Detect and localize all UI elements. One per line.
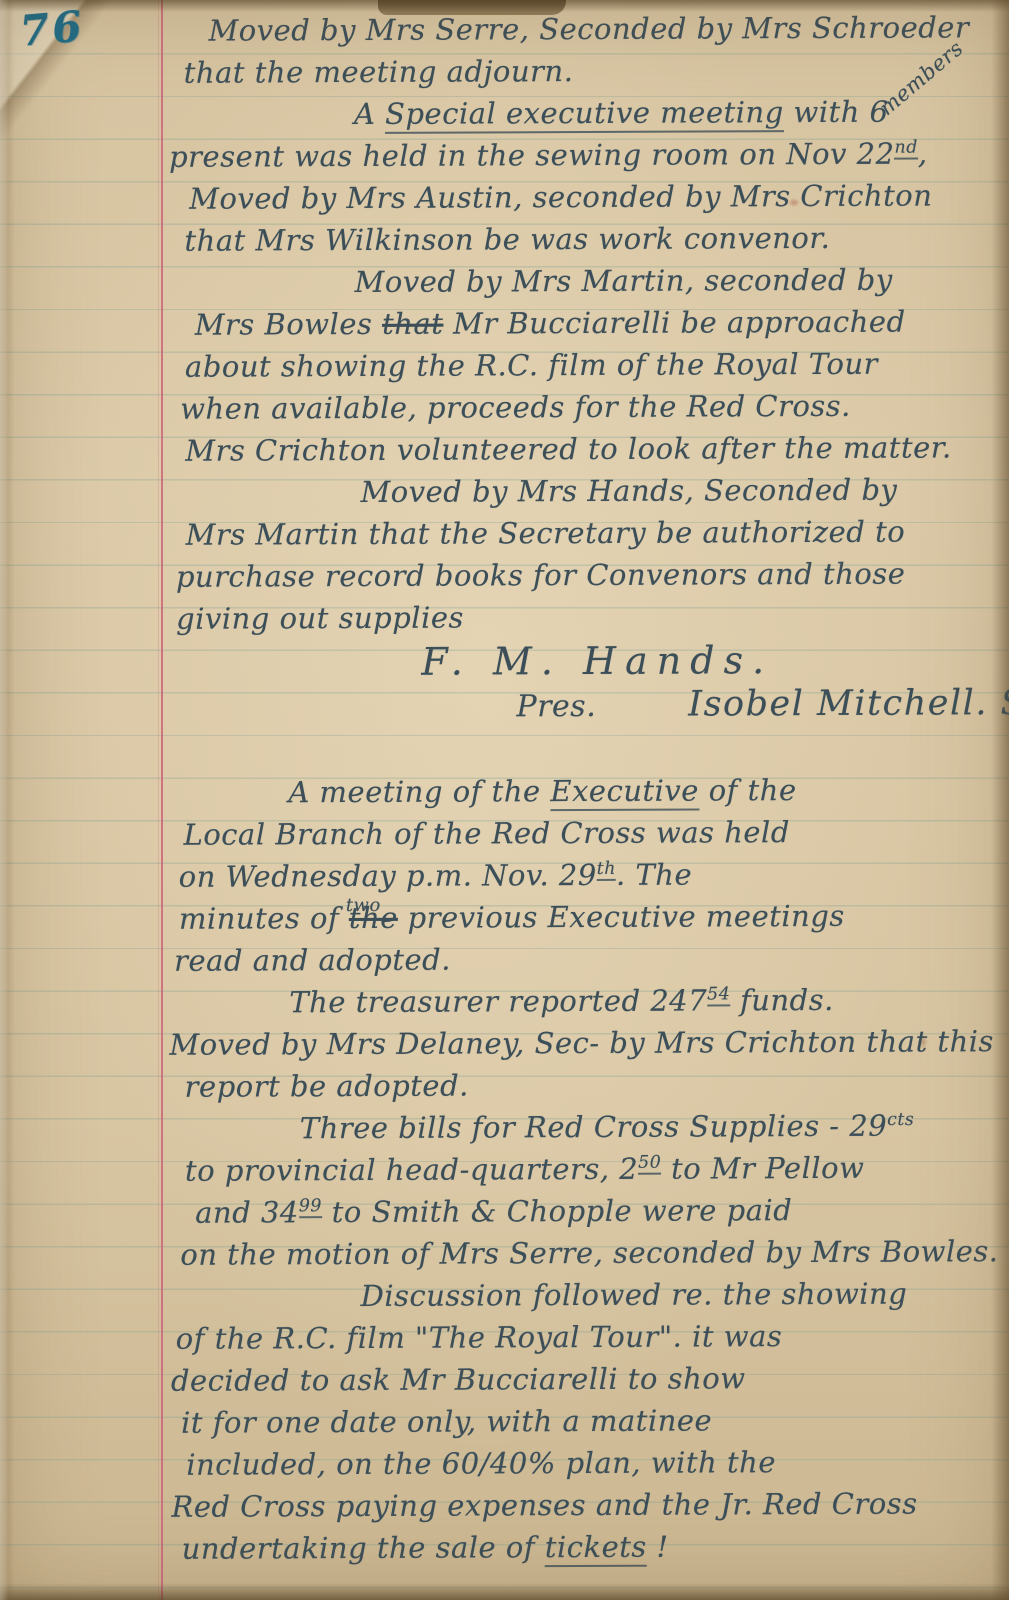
manuscript-line: A Special executive meeting with 6 membe… xyxy=(354,90,999,135)
manuscript-text: Moved by Mrs Martin, seconded by xyxy=(355,263,893,299)
manuscript-text: cts xyxy=(887,1110,914,1130)
manuscript-section-first-meeting: Moved by Mrs Serre, Seconded by Mrs Schr… xyxy=(168,6,1001,728)
manuscript-line: and 3499 to Smith & Chopple were paid xyxy=(195,1188,1000,1234)
manuscript-text: , xyxy=(918,137,928,171)
manuscript-text: present was held in the sewing room on N… xyxy=(169,137,895,174)
manuscript-line: when available, proceeds for the Red Cro… xyxy=(180,384,1000,430)
manuscript-text: Moved by Mrs Delaney, Sec- by Mrs Cricht… xyxy=(169,1024,994,1062)
manuscript-text: Red Cross paying expenses and the Jr. Re… xyxy=(171,1487,917,1524)
manuscript-text: undertaking the sale of xyxy=(182,1530,545,1566)
manuscript-line: read and adopted. xyxy=(174,936,999,982)
manuscript-text: Three bills for Red Cross Supplies - 29 xyxy=(300,1109,888,1146)
manuscript-text: Local Branch of the Red Cross was held xyxy=(183,815,789,852)
manuscript-line: undertaking the sale of tickets ! xyxy=(182,1524,1002,1570)
manuscript-text: Mr Bucciarelli be approached xyxy=(443,305,905,341)
manuscript-text: previous Executive meetings xyxy=(398,899,845,935)
manuscript-line: The treasurer reported 24754 funds. xyxy=(289,978,999,1023)
manuscript-text: to provincial head-quarters, 2 xyxy=(185,1152,638,1188)
manuscript-text: A xyxy=(354,97,385,131)
manuscript-text: decided to ask Mr Bucciarelli to show xyxy=(171,1361,746,1398)
manuscript-line: Red Cross paying expenses and the Jr. Re… xyxy=(171,1482,1001,1528)
manuscript-text: it for one date only, with a matinee xyxy=(181,1403,712,1439)
manuscript-line: on the motion of Mrs Serre, seconded by … xyxy=(180,1230,1000,1276)
manuscript-line: giving out supplies xyxy=(176,594,1001,640)
manuscript-line: of the R.C. film "The Royal Tour". it wa… xyxy=(176,1314,1001,1360)
manuscript-line: Moved by Mrs Hands, Seconded by xyxy=(360,468,1000,513)
manuscript-line: to provincial head-quarters, 250 to Mr P… xyxy=(185,1146,1000,1192)
manuscript-line: that Mrs Wilkinson be was work convenor. xyxy=(184,216,999,262)
manuscript-text: giving out supplies xyxy=(176,601,464,636)
manuscript-text: minutes of xyxy=(179,901,349,936)
left-edge-highlight xyxy=(0,0,15,1600)
manuscript-text: purchase record books for Convenors and … xyxy=(176,557,906,594)
minute-book-page: 76 Moved by Mrs Serre, Seconded by Mrs S… xyxy=(0,0,1009,1600)
manuscript-line: Moved by Mrs Delaney, Sec- by Mrs Cricht… xyxy=(169,1020,999,1066)
manuscript-text: Mrs Bowles xyxy=(195,307,382,342)
manuscript-text: tickets xyxy=(545,1530,647,1567)
manuscript-text: Moved by Mrs Austin, seconded by Mrs Cri… xyxy=(189,178,932,215)
manuscript-text: The treasurer reported 247 xyxy=(289,983,707,1019)
manuscript-text: to Mr Pellow xyxy=(661,1151,864,1186)
manuscript-text: F. M. Hands. xyxy=(421,638,773,684)
manuscript-line: Mrs Martin that the Secretary be authori… xyxy=(186,510,1001,556)
manuscript-line: Pres.Isobel Mitchell. Sec xyxy=(516,682,1001,726)
manuscript-text: 50 xyxy=(638,1153,661,1175)
manuscript-text: of the R.C. film "The Royal Tour". it wa… xyxy=(176,1319,783,1356)
manuscript-text: 54 xyxy=(707,985,730,1007)
page-number-stamp: 76 xyxy=(18,1,86,55)
manuscript-line: Three bills for Red Cross Supplies - 29c… xyxy=(300,1104,1000,1149)
manuscript-text: Discussion followed re. the showing xyxy=(360,1277,907,1313)
manuscript-line: F. M. Hands. xyxy=(421,636,1001,685)
manuscript-text: that xyxy=(382,307,443,341)
manuscript-text: Isobel Mitchell. Sec xyxy=(688,683,1009,725)
manuscript-text: when available, proceeds for the Red Cro… xyxy=(180,389,851,426)
manuscript-line: Mrs Crichton volunteered to look after t… xyxy=(185,426,1000,472)
margin-line-shadow xyxy=(158,0,159,1600)
manuscript-text: on the motion of Mrs Serre, seconded by … xyxy=(180,1234,998,1272)
manuscript-text: that the meeting adjourn. xyxy=(184,54,574,90)
manuscript-line: on Wednesday p.m. Nov. 29th. The xyxy=(179,852,999,898)
manuscript-line: Moved by Mrs Austin, seconded by Mrs Cri… xyxy=(189,174,999,220)
manuscript-line: Discussion followed re. the showing xyxy=(360,1272,1000,1317)
manuscript-line: minutes of thetwo previous Executive mee… xyxy=(179,894,999,940)
manuscript-text: on Wednesday p.m. Nov. 29 xyxy=(179,858,597,894)
manuscript-line: purchase record books for Convenors and … xyxy=(176,552,1001,598)
manuscript-text: Mrs Crichton volunteered to look after t… xyxy=(185,430,951,467)
manuscript-line: Local Branch of the Red Cross was held xyxy=(183,810,998,856)
manuscript-line: present was held in the sewing room on N… xyxy=(169,132,999,178)
manuscript-text: 99 xyxy=(299,1196,322,1218)
bottom-edge-shadow xyxy=(0,1580,1009,1600)
manuscript-line: about showing the R.C. film of the Royal… xyxy=(185,342,1000,388)
manuscript-line: decided to ask Mr Bucciarelli to show xyxy=(171,1356,1001,1402)
manuscript-text: of the xyxy=(699,773,797,807)
manuscript-line: Moved by Mrs Martin, seconded by xyxy=(355,258,1000,303)
manuscript-section-executive-meeting: A meeting of the Executive of theLocal B… xyxy=(168,768,1001,1570)
manuscript-text: Special executive meeting xyxy=(385,95,784,134)
manuscript-line: included, on the 60/40% plan, with the xyxy=(186,1440,1001,1486)
manuscript-text: Pres. xyxy=(516,689,596,724)
manuscript-text: Moved by Mrs Hands, Seconded by xyxy=(360,473,897,509)
manuscript-line: Mrs Bowles that Mr Bucciarelli be approa… xyxy=(195,300,1000,346)
manuscript-text: A meeting of the xyxy=(288,774,550,809)
manuscript-text: and 34 xyxy=(195,1195,299,1229)
manuscript-text: report be adopted. xyxy=(185,1069,469,1104)
manuscript-line: A meeting of the Executive of the xyxy=(288,768,998,813)
manuscript-text: read and adopted. xyxy=(174,943,451,978)
manuscript-text: th xyxy=(597,859,616,881)
margin-line xyxy=(161,0,163,1600)
manuscript-text: Moved by Mrs Serre, Seconded by Mrs Schr… xyxy=(208,10,969,47)
manuscript-line: report be adopted. xyxy=(185,1062,1000,1108)
manuscript-text: funds. xyxy=(730,983,834,1017)
manuscript-text: ! xyxy=(647,1530,669,1564)
manuscript-text: Mrs Martin that the Secretary be authori… xyxy=(186,515,906,552)
manuscript-line: it for one date only, with a matinee xyxy=(181,1398,1001,1444)
manuscript-text: that Mrs Wilkinson be was work convenor. xyxy=(184,221,830,258)
manuscript-text: about showing the R.C. film of the Royal… xyxy=(185,347,878,384)
manuscript-text: . The xyxy=(616,858,692,892)
manuscript-text: included, on the 60/40% plan, with the xyxy=(186,1445,776,1482)
manuscript-line: Moved by Mrs Serre, Seconded by Mrs Schr… xyxy=(208,6,998,51)
manuscript-text: Executive xyxy=(550,773,699,811)
manuscript-text: to Smith & Chopple were paid xyxy=(322,1193,792,1229)
manuscript-text: nd xyxy=(894,138,917,160)
